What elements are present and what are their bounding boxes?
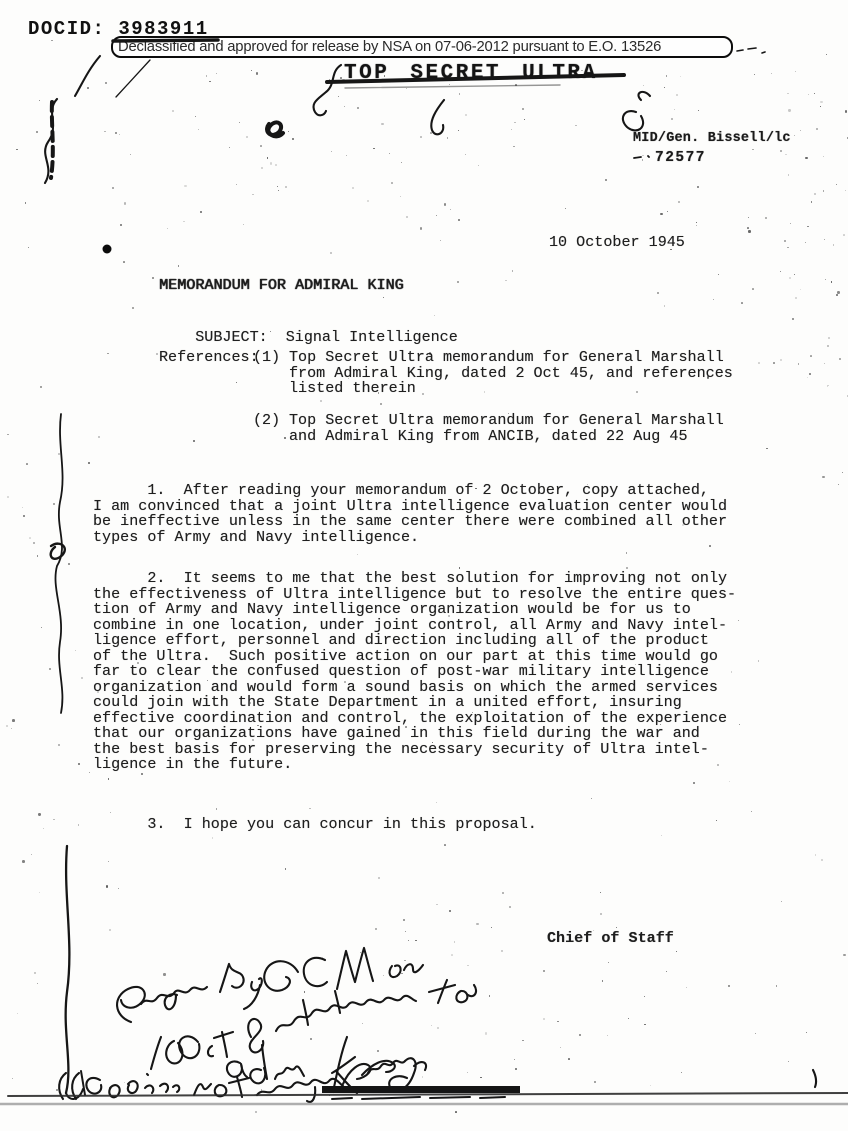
reference-1-number: (1) xyxy=(253,350,280,366)
reference-2-number: (2) xyxy=(253,413,280,429)
memo-date: 10 October 1945 xyxy=(549,235,685,251)
memo-heading: MEMORANDUM FOR ADMIRAL KING xyxy=(159,278,404,294)
reference-2-text: Top Secret Ultra memorandum for General … xyxy=(289,413,724,444)
redaction-bar xyxy=(322,1086,520,1099)
paragraph-1: 1. After reading your memorandum of 2 Oc… xyxy=(93,483,783,545)
ink-dot-mark xyxy=(103,245,112,254)
page-footer-rules xyxy=(0,1093,848,1104)
handwritten-brace-mark xyxy=(313,65,341,115)
handwritten-circle-marks xyxy=(267,48,816,1087)
handwritten-note-copies: (Copies not stamped xyxy=(59,1061,395,1102)
routing-number: 72577 xyxy=(655,150,706,166)
docid-label: DOCID: xyxy=(28,18,105,40)
routing-reference: MID/Gen. Bissell/lc xyxy=(633,131,791,146)
subject-value: Signal Intelligence xyxy=(286,328,458,346)
scanned-memo-page: DOCID: 3983911 Declassified and approved… xyxy=(0,0,848,1131)
paragraph-3: 3. I hope you can concur in this proposa… xyxy=(93,817,783,833)
declassification-banner-text: Declassified and approved for release by… xyxy=(118,39,661,55)
classification-stamp: TOP SECRET ULTRA xyxy=(344,62,598,85)
handwritten-note-signed-gcm: Signed by GCM on 10 Oct & delivered to A… xyxy=(117,948,476,1093)
scan-artifacts-layer: Signed by GCM on 10 Oct & delivered to A… xyxy=(0,0,848,1131)
scan-noise-layer xyxy=(0,0,848,1131)
declassification-banner: Declassified and approved for release by… xyxy=(111,36,733,58)
signature-title: Chief of Staff xyxy=(547,931,674,947)
reference-1-text: Top Secret Ultra memorandum for General … xyxy=(289,350,733,397)
subject-label: SUBJECT: xyxy=(195,328,267,346)
paragraph-2: 2. It seems to me that the best solution… xyxy=(93,571,783,773)
references-label: References: xyxy=(159,350,259,366)
